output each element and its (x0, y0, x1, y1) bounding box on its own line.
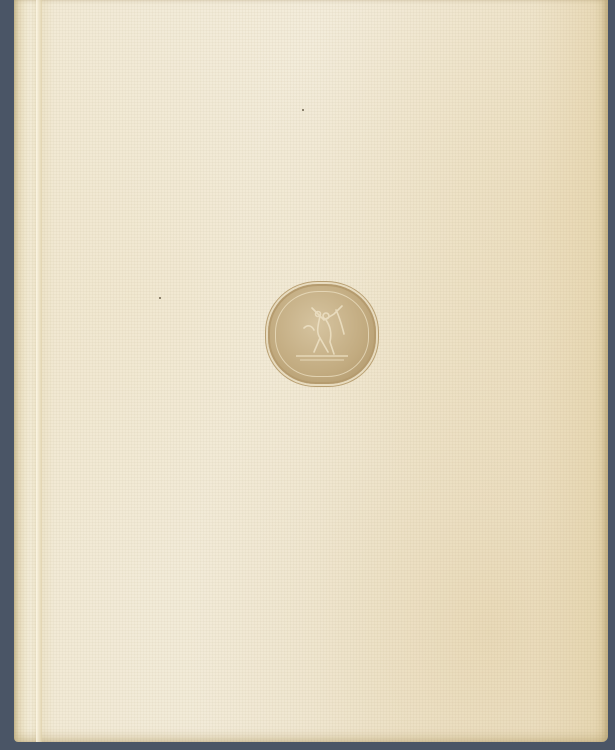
cameo-emblem-icon (268, 284, 376, 384)
classical-figures-icon (290, 298, 354, 364)
spine-hinge (36, 0, 42, 742)
speck (302, 109, 304, 111)
speck (159, 297, 161, 299)
